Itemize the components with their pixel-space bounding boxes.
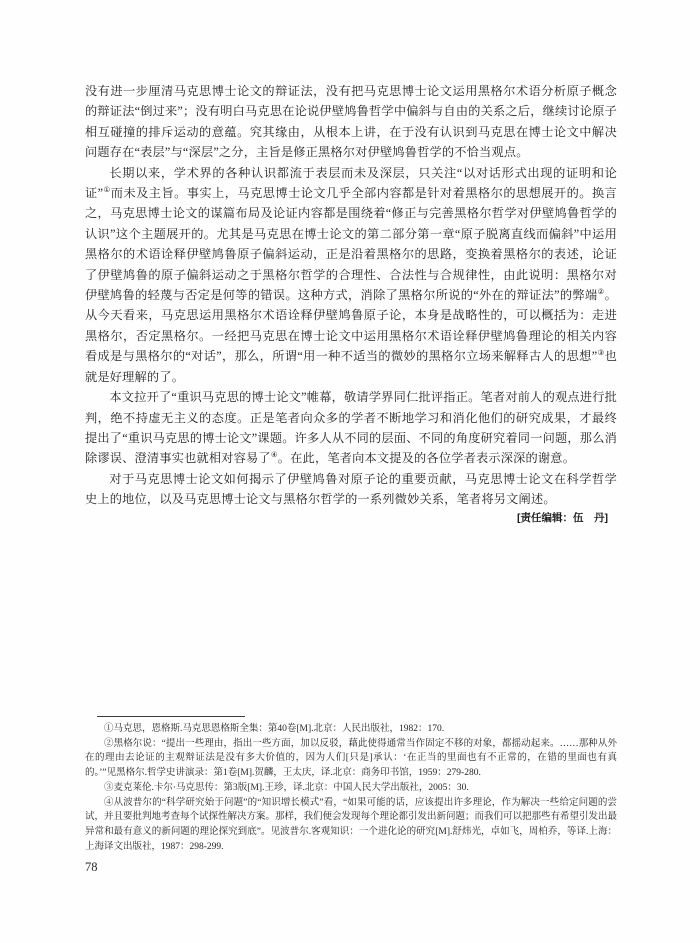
page-number: 78 xyxy=(85,860,98,875)
footnote-separator xyxy=(97,716,245,717)
footnote-item: ②黑格尔说：“提出一些理由，指出一些方面，加以反驳，藉此使得通常当作固定不移的对… xyxy=(85,737,617,781)
note-reference: ② xyxy=(598,287,605,296)
note-reference: ④ xyxy=(271,450,278,459)
footnote-item: ③麦克莱伦.卡尔·马克思传：第3版[M].王珍，译.北京：中国人民大学出版社，2… xyxy=(85,781,617,796)
body-paragraph: 没有进一步厘清马克思博士论文的辩证法，没有把马克思博士论文运用黑格尔术语分析原子… xyxy=(85,81,617,163)
footnote-item: ④从波普尔的“科学研究始于问题”的“知识增长模式”看，“如果可能的话，应该提出许… xyxy=(85,796,617,855)
article-body: 没有进一步厘清马克思博士论文的辩证法，没有把马克思博士论文运用黑格尔术语分析原子… xyxy=(85,81,617,510)
body-paragraph: 对于马克思博士论文如何揭示了伊壁鸠鲁对原子论的重要贡献，马克思博士论文在科学哲学… xyxy=(85,469,617,510)
editor-credit: [责任编辑：伍 丹] xyxy=(85,510,617,525)
footnote-item: ①马克思，恩格斯.马克思恩格斯全集：第40卷[M].北京：人民出版社，1982：… xyxy=(85,722,617,737)
document-page: 没有进一步厘清马克思博士论文的辩证法，没有把马克思博士论文运用黑格尔术语分析原子… xyxy=(0,0,700,943)
body-paragraph: 长期以来，学术界的各种认识都流于表层而未及深层，只关注“以对话形式出现的证明和论… xyxy=(85,163,617,387)
note-reference: ③ xyxy=(597,348,604,357)
body-paragraph: 本文拉开了“重识马克思的博士论文”帷幕，敬请学界同仁批评指正。笔者对前人的观点进… xyxy=(85,387,617,469)
footnote-list: ①马克思，恩格斯.马克思恩格斯全集：第40卷[M].北京：人民出版社，1982：… xyxy=(85,722,617,854)
note-reference: ① xyxy=(103,185,111,194)
